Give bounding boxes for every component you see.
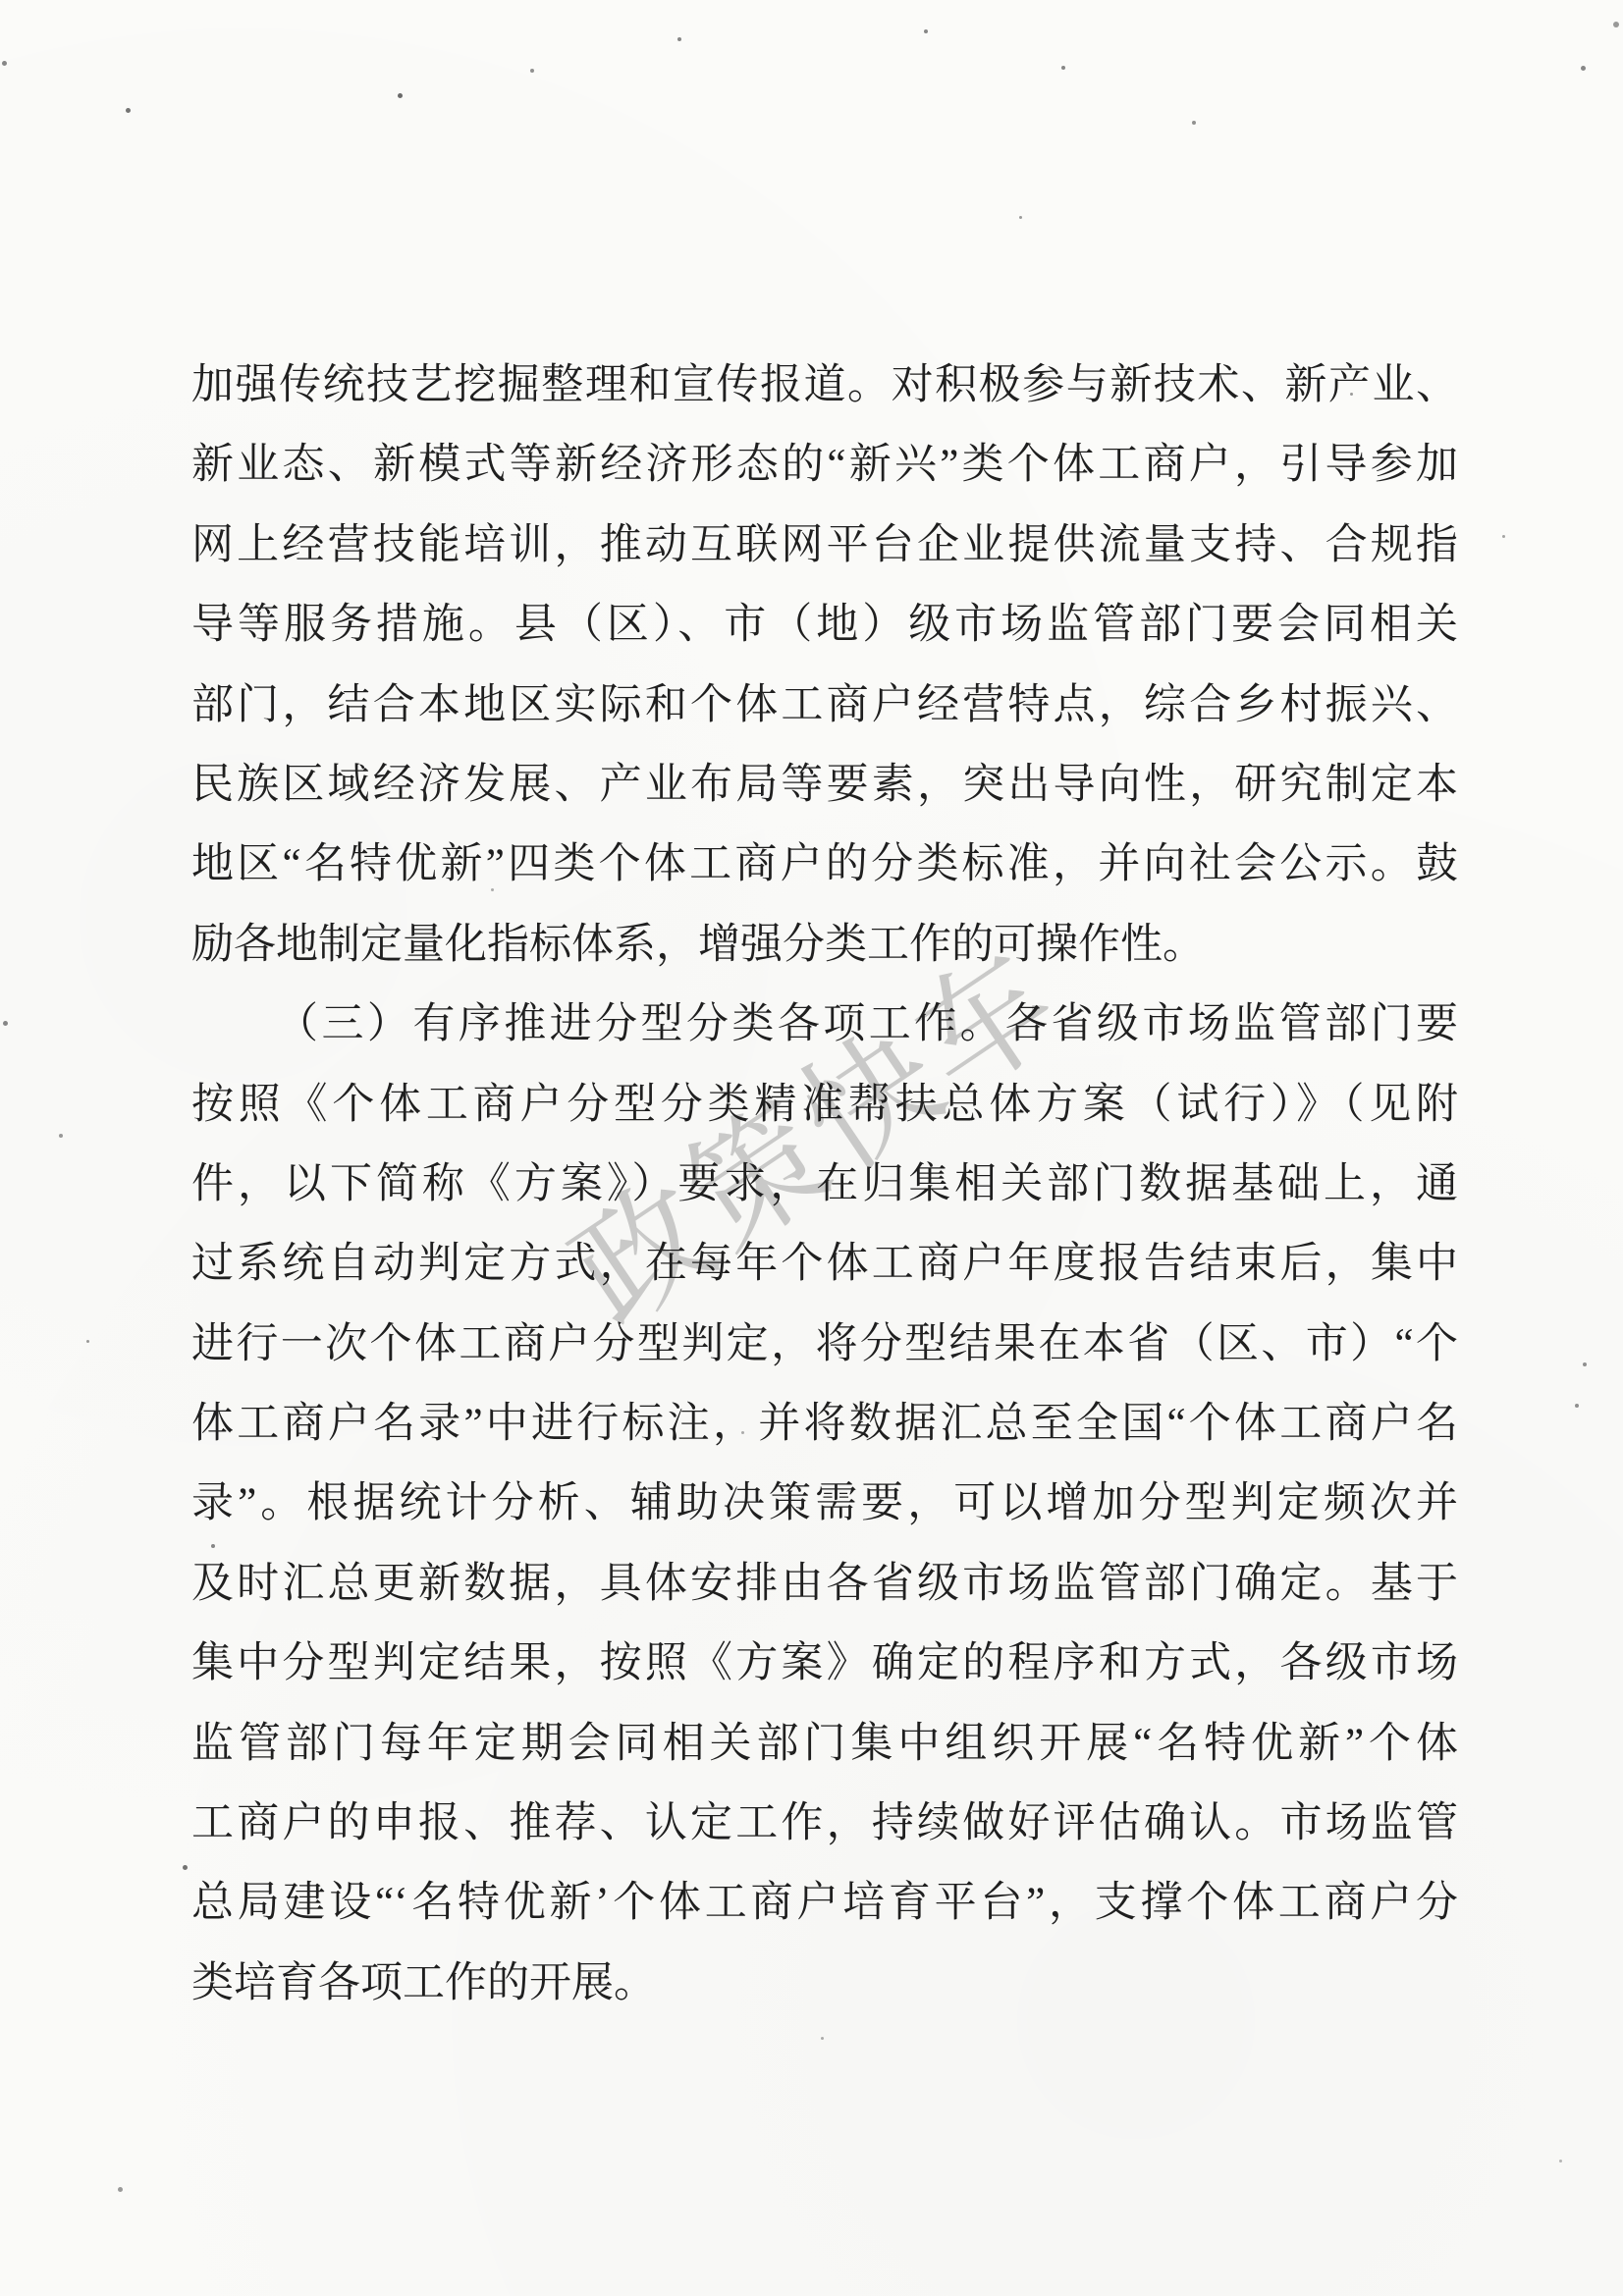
text-line: 励各地制定量化指标体系，增强分类工作的可操作性。 xyxy=(191,905,1458,985)
scan-speck xyxy=(1350,393,1353,396)
scan-speck xyxy=(1581,66,1586,71)
text-line: 新业态、新模式等新经济形态的“新兴”类个体工商户，引导参加 xyxy=(191,425,1458,505)
text-line: 导等服务措施。县（区）、市（地）级市场监管部门要会同相关 xyxy=(191,585,1458,665)
scan-speck xyxy=(924,29,928,33)
text-line: 监管部门每年定期会同相关部门集中组织开展“名特优新”个体 xyxy=(191,1704,1458,1784)
scan-speck xyxy=(821,2037,824,2040)
text-line: 件，以下简称《方案》）要求，在归集相关部门数据基础上，通 xyxy=(191,1145,1458,1224)
scan-speck xyxy=(59,1134,63,1138)
scan-speck xyxy=(398,93,403,98)
text-line: （三）有序推进分型分类各项工作。各省级市场监管部门要 xyxy=(191,985,1458,1064)
scanned-page: 政策快车 加强传统技艺挖掘整理和宣传报道。对积极参与新技术、新产业、新业态、新模… xyxy=(0,0,1623,2296)
scan-speck xyxy=(211,1544,215,1548)
text-line: 进行一次个体工商户分型判定，将分型结果在本省（区、市）“个 xyxy=(191,1305,1458,1384)
scan-speck xyxy=(530,69,534,73)
text-line: 过系统自动判定方式，在每年个体工商户年度报告结束后，集中 xyxy=(191,1224,1458,1304)
text-line: 录”。根据统计分析、辅助决策需要，可以增加分型判定频次并 xyxy=(191,1464,1458,1543)
scan-speck xyxy=(126,108,131,113)
scan-speck xyxy=(1192,121,1196,125)
scan-speck xyxy=(1061,66,1065,70)
text-line: 地区“名特优新”四类个体工商户的分类标准，并向社会公示。鼓 xyxy=(191,825,1458,904)
text-line: 网上经营技能培训，推动互联网平台企业提供流量支持、合规指 xyxy=(191,506,1458,585)
scan-speck xyxy=(741,1431,744,1434)
scan-speck xyxy=(183,1865,188,1870)
scan-speck xyxy=(1613,22,1619,27)
scan-speck xyxy=(3,1021,8,1026)
document-body: 加强传统技艺挖掘整理和宣传报道。对积极参与新技术、新产业、新业态、新模式等新经济… xyxy=(191,346,1458,2023)
text-line: 类培育各项工作的开展。 xyxy=(191,1944,1458,2023)
text-line: 及时汇总更新数据，具体安排由各省级市场监管部门确定。基于 xyxy=(191,1544,1458,1624)
text-line: 民族区域经济发展、产业布局等要素，突出导向性，研究制定本 xyxy=(191,745,1458,825)
text-line: 按照《个体工商户分型分类精准帮扶总体方案（试行）》（见附 xyxy=(191,1065,1458,1145)
scan-speck xyxy=(491,888,494,891)
text-line: 工商户的申报、推荐、认定工作，持续做好评估确认。市场监管 xyxy=(191,1784,1458,1863)
scan-speck xyxy=(677,37,681,41)
scan-speck xyxy=(1502,535,1505,538)
text-line: 体工商户名录”中进行标注，并将数据汇总至全国“个体工商户名 xyxy=(191,1384,1458,1464)
text-line: 加强传统技艺挖掘整理和宣传报道。对积极参与新技术、新产业、 xyxy=(191,346,1458,425)
text-line: 部门，结合本地区实际和个体工商户经营特点，综合乡村振兴、 xyxy=(191,666,1458,745)
scan-speck xyxy=(118,2187,123,2192)
scan-speck xyxy=(86,1340,89,1343)
text-line: 集中分型判定结果，按照《方案》确定的程序和方式，各级市场 xyxy=(191,1624,1458,1703)
scan-speck xyxy=(1583,1362,1587,1366)
text-line: 总局建设“‘名特优新’个体工商户培育平台”，支撑个体工商户分 xyxy=(191,1863,1458,1943)
scan-speck xyxy=(1019,216,1022,219)
scan-speck xyxy=(1559,2160,1562,2163)
scan-speck xyxy=(1575,1404,1579,1408)
scan-speck xyxy=(2,61,7,66)
